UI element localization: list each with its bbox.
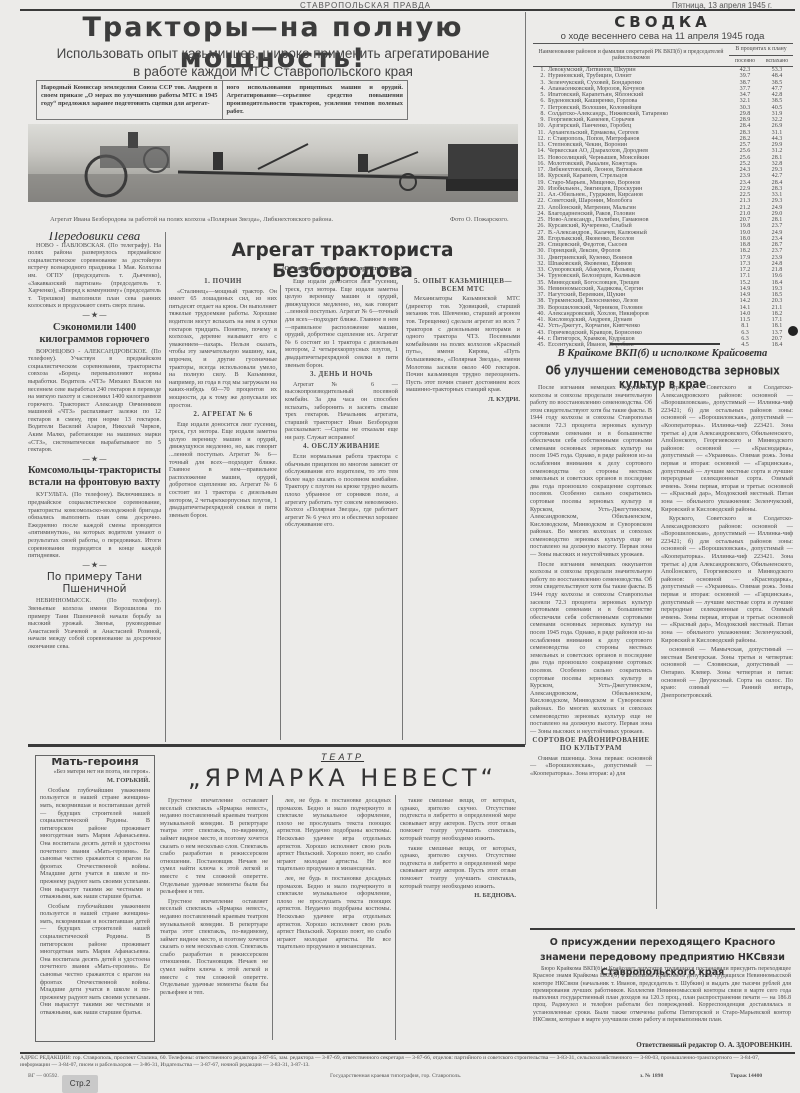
section-head: 5. ОПЫТ КАЗЬМИНЦЕВ—ВСЕМ МТС: [406, 278, 520, 293]
lead-right: ного использования прицепных машин и ору…: [222, 81, 408, 119]
article-text: Озимая пшеница. Зона первая: основной — …: [530, 755, 652, 778]
newspaper-page: СТАВРОПОЛЬСКАЯ ПРАВДА Пятница, 13 апреля…: [0, 0, 800, 1093]
award-text: Бюро Крайкома ВКП(б) и Крайсовет депутат…: [533, 966, 791, 1036]
theatre-title: „ЯРМАРКА НЕВЕСТ“: [170, 764, 515, 792]
article-text: лее, не будь в постановке досадных прома…: [277, 875, 391, 951]
section-rule: [28, 744, 525, 747]
article-text: «Сталинец»—мощный трактор. Он имеет 65 л…: [169, 288, 277, 410]
svodka-title: СВОДКА: [530, 13, 795, 31]
article-text: Курского, Советского и Солдатско-Алексан…: [661, 384, 793, 513]
article-text: Грустное впечатление оставляет веселый с…: [160, 797, 268, 896]
seed-column-1: После изгнания немецких оккупантов колхо…: [530, 384, 652, 909]
article-column-1: 1. ПОЧИН «Сталинец»—мощный трактор. Он и…: [169, 278, 277, 740]
news-title: По примеру Тани Пшеничной: [28, 571, 161, 595]
theatre-rubric: ТЕАТР: [170, 752, 515, 762]
top-rule: [20, 9, 795, 11]
article-title: Агрегат тракториста Безбородова: [170, 240, 515, 282]
separator: — ★ —: [28, 562, 161, 570]
printer-line: Государственная краевая типография, гор.…: [330, 1073, 461, 1079]
column-rule: [395, 795, 396, 1040]
section-head: 2. АГРЕГАТ № 6: [169, 411, 277, 419]
separator: — ★ —: [28, 312, 161, 320]
article-text: Если нормальная работа трактора с обычны…: [285, 453, 398, 529]
epigraph: «Без матери нет ни поэта, ни героя».: [40, 768, 150, 776]
news-title: Комсомольцы-трактористы встали на фронто…: [28, 465, 161, 489]
news-item: НОВО - ПАВЛОВСКАЯ. (По телеграфу). На по…: [28, 242, 161, 310]
tractor-photo: [28, 124, 518, 202]
column-rule: [165, 232, 166, 742]
box-title: Мать-героиня: [40, 758, 150, 766]
censor-code: ВГ — 00592.: [28, 1073, 59, 1079]
section-head: СОРТОВОЕ РАЙОНИРОВАНИЕ ПО КУЛЬТУРАМ: [530, 737, 652, 752]
article-text: После изгнания немецких оккупантов колхо…: [530, 561, 652, 736]
column-rule: [280, 285, 281, 740]
mother-heroine-box: Мать-героиня «Без матери нет ни поэта, н…: [35, 755, 155, 1042]
news-item: НЕВИННОМЫССК. (По телефону). Звеньевые к…: [28, 597, 161, 650]
kraikom-rubric: В Крайкоме ВКП(б) и исполкоме Крайсовета: [530, 348, 795, 359]
article-text: Особым глубочайшим уважением пользуется …: [40, 787, 150, 901]
col-header-group: В процентах к плану: [729, 44, 793, 56]
ornament-rule: [610, 343, 720, 345]
editorial-address: АДРЕС РЕДАКЦИИ: гор. Ставрополь, проспек…: [20, 1055, 790, 1069]
article-text: Курского, Советского и Солдатско-Алексан…: [661, 515, 793, 644]
article-column-2: Еще издали доносится лязг гусениц, треск…: [285, 278, 398, 740]
footer-rule: [20, 1052, 795, 1054]
section-rule: [530, 928, 795, 930]
separator: — ★ —: [28, 456, 161, 464]
mother-heroine-text: Мать-героиня «Без матери нет ни поэта, н…: [40, 758, 150, 1038]
left-column: Передовики сева НОВО - ПАВЛОВСКАЯ. (По т…: [28, 232, 161, 740]
news-title: Сэкономили 1400 килограммов горючего: [28, 322, 161, 346]
article-text: Механизаторы Казьминской МТС (директор т…: [406, 295, 520, 394]
print-run: Тираж 14400: [730, 1073, 762, 1079]
sowing-report-table: Наименование районов и фамилии секретаре…: [533, 43, 793, 348]
theatre-column-1: Грустное впечатление оставляет веселый с…: [160, 797, 268, 1040]
col-header-name: Наименование районов и фамилии секретаре…: [533, 44, 729, 67]
column-rule: [402, 285, 403, 740]
svodka-subtitle: о ходе весеннего сева на 11 апреля 1945 …: [530, 31, 795, 42]
section-head: 4. ОБСЛУЖИВАНИЕ: [285, 443, 398, 451]
article-text: Особым глубочайшим уважением пользуется …: [40, 903, 150, 1017]
photo-caption: Агрегат Ивана Безбородова за работой на …: [50, 216, 333, 223]
headline-subtitle: Использовать опыт казьминцев, широко при…: [28, 45, 518, 81]
column-rule: [656, 384, 657, 909]
theatre-author: Н. БЕДНОВА.: [400, 892, 516, 900]
section-head: 3. ДЕНЬ И НОЧЬ: [285, 371, 398, 379]
lead-left: Народный Комиссар земледелия Союза ССР т…: [37, 81, 222, 119]
photo-credit: Фото О. Пожарского.: [450, 216, 509, 223]
article-text: Еще издали доносится лязг гусениц, треск…: [169, 421, 277, 520]
order-number: з. № 1898: [640, 1073, 663, 1079]
editor-line: Ответственный редактор О. А. ЗДОРОВЕНКИН…: [520, 1041, 792, 1049]
article-text: такие смешные вещи, от которых, однако, …: [400, 845, 516, 891]
article-text: основной — Мамычская, допустимый — местн…: [661, 646, 793, 699]
article-column-3: 5. ОПЫТ КАЗЬМИНЦЕВ—ВСЕМ МТС Механизаторы…: [406, 278, 520, 740]
column-rule: [272, 795, 273, 1040]
article-author: Л. КУДРИ.: [406, 396, 520, 404]
article-text: Агрегат № 6 — высокопроизводительный пос…: [285, 381, 398, 442]
cell-a: 42.3: [729, 67, 761, 74]
theatre-column-3: такие смешные вещи, от которых, однако, …: [400, 797, 516, 1040]
lead-box: Народный Комиссар земледелия Союза ССР т…: [36, 80, 408, 120]
cell-n: 1.: [533, 67, 548, 74]
cell-b: 53.3: [761, 67, 793, 74]
article-text: лее, не будь в постановке досадных прома…: [277, 797, 391, 873]
section-head: 1. ПОЧИН: [169, 278, 277, 286]
epigraph-author: М. ГОРЬКИЙ.: [40, 777, 150, 785]
article-text: такие смешные вещи, от которых, однако, …: [400, 797, 516, 843]
subtitle-line-2: в работе каждой МТС Ставропольского края: [28, 63, 518, 81]
news-item: ВОРОНЦОВО - АЛЕКСАНДРОВСКОЕ. (По телефон…: [28, 348, 161, 454]
section-title: Передовики сева: [28, 232, 161, 240]
col-header-plowed: вспахано: [761, 55, 793, 67]
news-item: КУГУЛЬТА. (По телефону). Включившись в п…: [28, 491, 161, 559]
theatre-column-2: лее, не будь в постановке досадных прома…: [277, 797, 391, 1040]
article-text: После изгнания немецких оккупантов колхо…: [530, 384, 652, 559]
article-text: Грустное впечатление оставляет веселый с…: [160, 898, 268, 997]
article-text: Бюро Крайкома ВКП(б) и Крайсовет депутат…: [533, 966, 791, 1024]
column-rule: [525, 12, 526, 745]
article-text: Еще издали доносится лязг гусениц, треск…: [285, 278, 398, 369]
seed-column-2: Курского, Советского и Солдатско-Алексан…: [661, 384, 793, 909]
col-header-sown: посеяно: [729, 55, 761, 67]
print-blot: [788, 326, 798, 336]
article-byline: (От нашего специального корреспондента): [170, 265, 515, 272]
page-number-badge[interactable]: Стр.2: [62, 1075, 98, 1093]
subtitle-line-1: Использовать опыт казьминцев, широко при…: [28, 45, 518, 63]
